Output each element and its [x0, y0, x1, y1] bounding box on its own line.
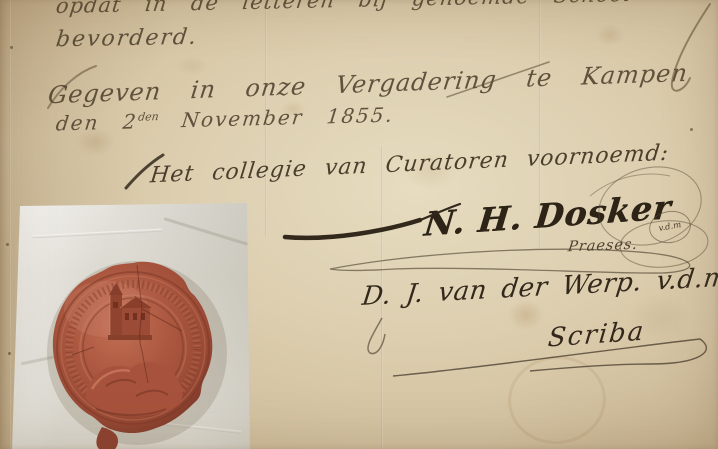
- edge-vignette: [0, 0, 718, 449]
- scanned-document: opdat in de letteren bij genoemde School…: [0, 0, 718, 449]
